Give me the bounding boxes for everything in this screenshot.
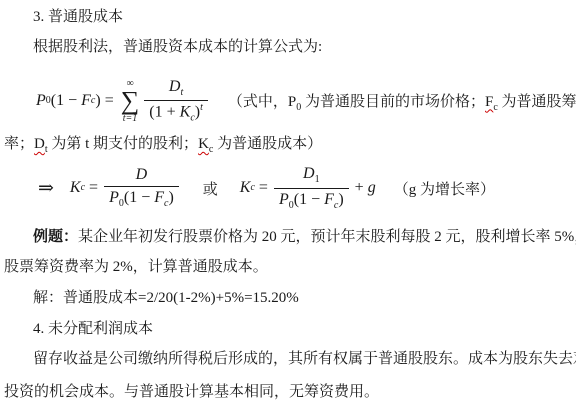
plus-sign: + [351,179,368,197]
section-3-heading: 3. 普通股成本 [33,9,123,26]
document-page: 3. 普通股成本 根据股利法，普通股资本成本的计算公式为: P0(1 − Fc)… [0,0,576,411]
fraction-denominator: (1 + Kc)t [144,100,208,124]
sum-lower-limit: t=1 [123,113,138,124]
fraction-numerator: Dt [163,78,189,100]
fraction-kc-2: D1 P0(1 − Fc) [274,165,349,210]
or-text: 或 [203,178,218,199]
solution-label: 解： [33,290,63,306]
var-Dt-text-misspelled: Dt [34,136,48,152]
formula-1-note: （式中，P0 为普通股目前的市场价格；Fc 为普通股筹资费 [228,90,576,113]
solution-calculation: 普通股成本=2/20(1-2%)+5%=15.20% [63,290,299,306]
fraction-denominator: P0(1 − Fc) [104,186,179,209]
solution-line: 解：普通股成本=2/20(1-2%)+5%=15.20% [33,290,299,307]
fraction-numerator: D1 [297,165,326,187]
var-P0-text: P0 [288,94,301,110]
summation-symbol: ∞ ∑ t=1 [121,78,140,123]
dividend-model-formula-row: P0(1 − Fc) = ∞ ∑ t=1 Dt (1 + Kc)t （式中，P0… [36,70,576,132]
intro-sentence: 根据股利法，普通股资本成本的计算公式为: [33,39,322,56]
var-g: g [368,179,376,197]
var-F: F [81,92,91,110]
section-4-heading: 4. 未分配利润成本 [33,321,153,338]
retained-earnings-line-1: 留存收益是公司缴纳所得税后形成的，其所有权属于普通股股东。成本为股东失去对外 [33,351,576,368]
fraction-dt: Dt (1 + Kc)t [144,78,208,124]
sigma-icon: ∑ [121,89,140,112]
fraction-numerator: D [130,166,154,186]
var-K1: K [70,179,81,197]
example-paragraph-line-2: 股票筹资费率为 2%，计算普通股成本。 [4,259,268,276]
kc-formula-row: ⇒ Kc = D P0(1 − Fc) 或 Kc = D1 P0(1 − Fc)… [38,162,495,214]
retained-earnings-line-2: 投资的机会成本。与普通股计算基本相同，无筹资费用。 [4,384,379,401]
example-label: 例题： [33,229,78,245]
fraction-kc-1: D P0(1 − Fc) [104,166,179,209]
implies-arrow-icon: ⇒ [38,177,54,200]
var-Fc-text-misspelled: Fc [485,94,498,110]
var-K2: K [240,179,251,197]
formula-note-line-2: 率；Dt 为第 t 期支付的股利；Kc 为普通股成本） [4,136,322,155]
formula-lhs-close: ) = [95,92,117,110]
fraction-denominator: P0(1 − Fc) [274,188,349,211]
formula-lhs-mid: (1 − [51,92,81,110]
growth-rate-note: （g 为增长率） [394,178,495,199]
var-Kc-text-misspelled: Kc [198,136,213,152]
example-paragraph-line-1: 例题：某企业年初发行股票价格为 20 元，预计年末股利每股 2 元，股利增长率 … [33,229,576,246]
var-P: P [36,92,46,110]
